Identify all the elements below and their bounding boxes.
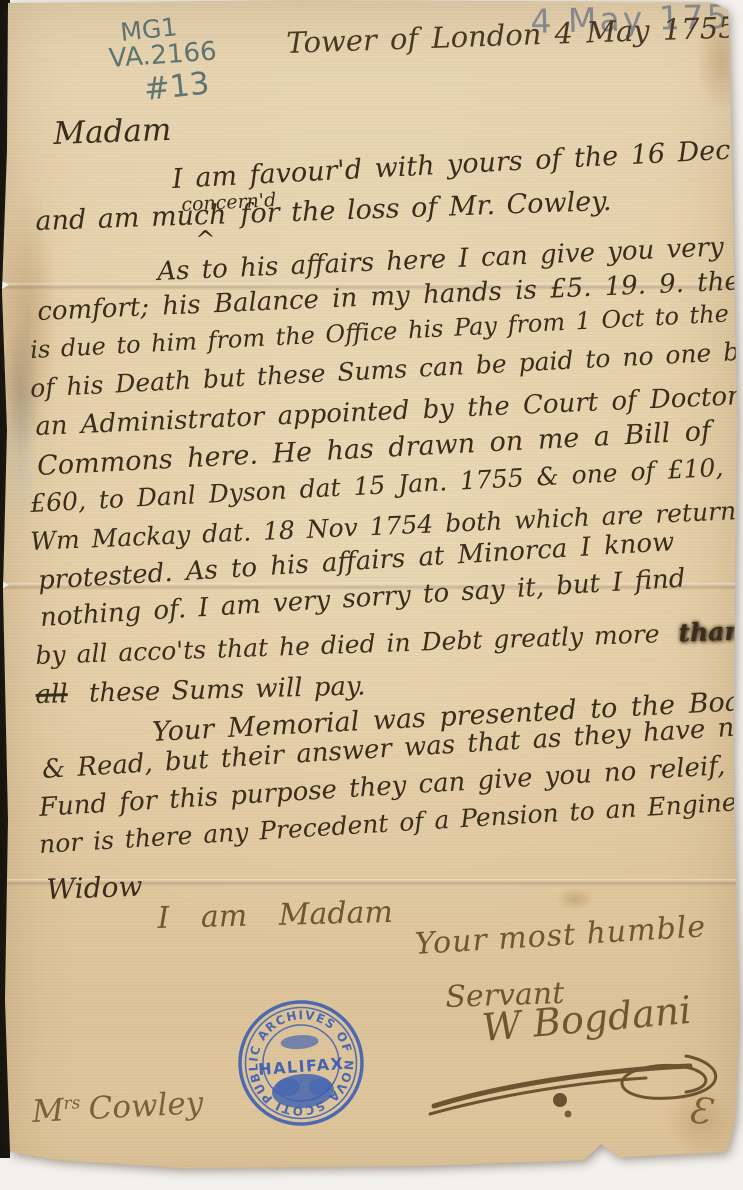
addressee: MrsCowley [31, 1085, 204, 1130]
archive-stamp: PUBLIC ARCHIVES OF NOVA SCOTIA HALIFAX [221, 983, 381, 1143]
ink-blot [553, 1093, 567, 1107]
tear-notch [0, 580, 9, 590]
salutation: Madam [53, 112, 172, 152]
insertion-caret: ^ [195, 225, 216, 254]
letter-line: and am muchfor the loss of Mr. Cowley. [35, 186, 612, 237]
letter-line-rest: these Sums will pay. [89, 671, 366, 708]
end-mark: Ɛ [686, 1090, 713, 1133]
struck-word: all [35, 679, 68, 710]
addressee-prefix: M [31, 1092, 65, 1130]
letter-line: I am favour'd with yours of the 16 Dec l… [171, 132, 743, 195]
letter-line: Widow [46, 870, 143, 906]
letter-line-post: for the loss of Mr. Cowley. [240, 186, 612, 230]
tear-notch [0, 280, 9, 290]
letter-heading: Tower of London 4 May 1755 [286, 10, 737, 60]
letter-page: 4 May 1755 MG1 VA.2166 #13 Tower of Lond… [0, 0, 743, 1190]
scan-background: 4 May 1755 MG1 VA.2166 #13 Tower of Lond… [0, 0, 743, 1190]
stamp-smudge [280, 1034, 319, 1051]
signature-flourish [428, 1042, 728, 1124]
addressee-name: Cowley [88, 1085, 204, 1127]
closing-line: I am Madam [157, 895, 393, 936]
closing-line: Your most humble [414, 909, 707, 962]
paper: 4 May 1755 MG1 VA.2166 #13 Tower of Lond… [0, 0, 743, 1190]
ink-blot [565, 1111, 572, 1118]
archive-ref-line: #13 [142, 65, 211, 108]
addressee-superscript: rs [63, 1093, 81, 1114]
blotted-word: than [678, 616, 743, 647]
letter-line: all these Sums will pay. [35, 671, 366, 710]
stain [550, 884, 600, 914]
